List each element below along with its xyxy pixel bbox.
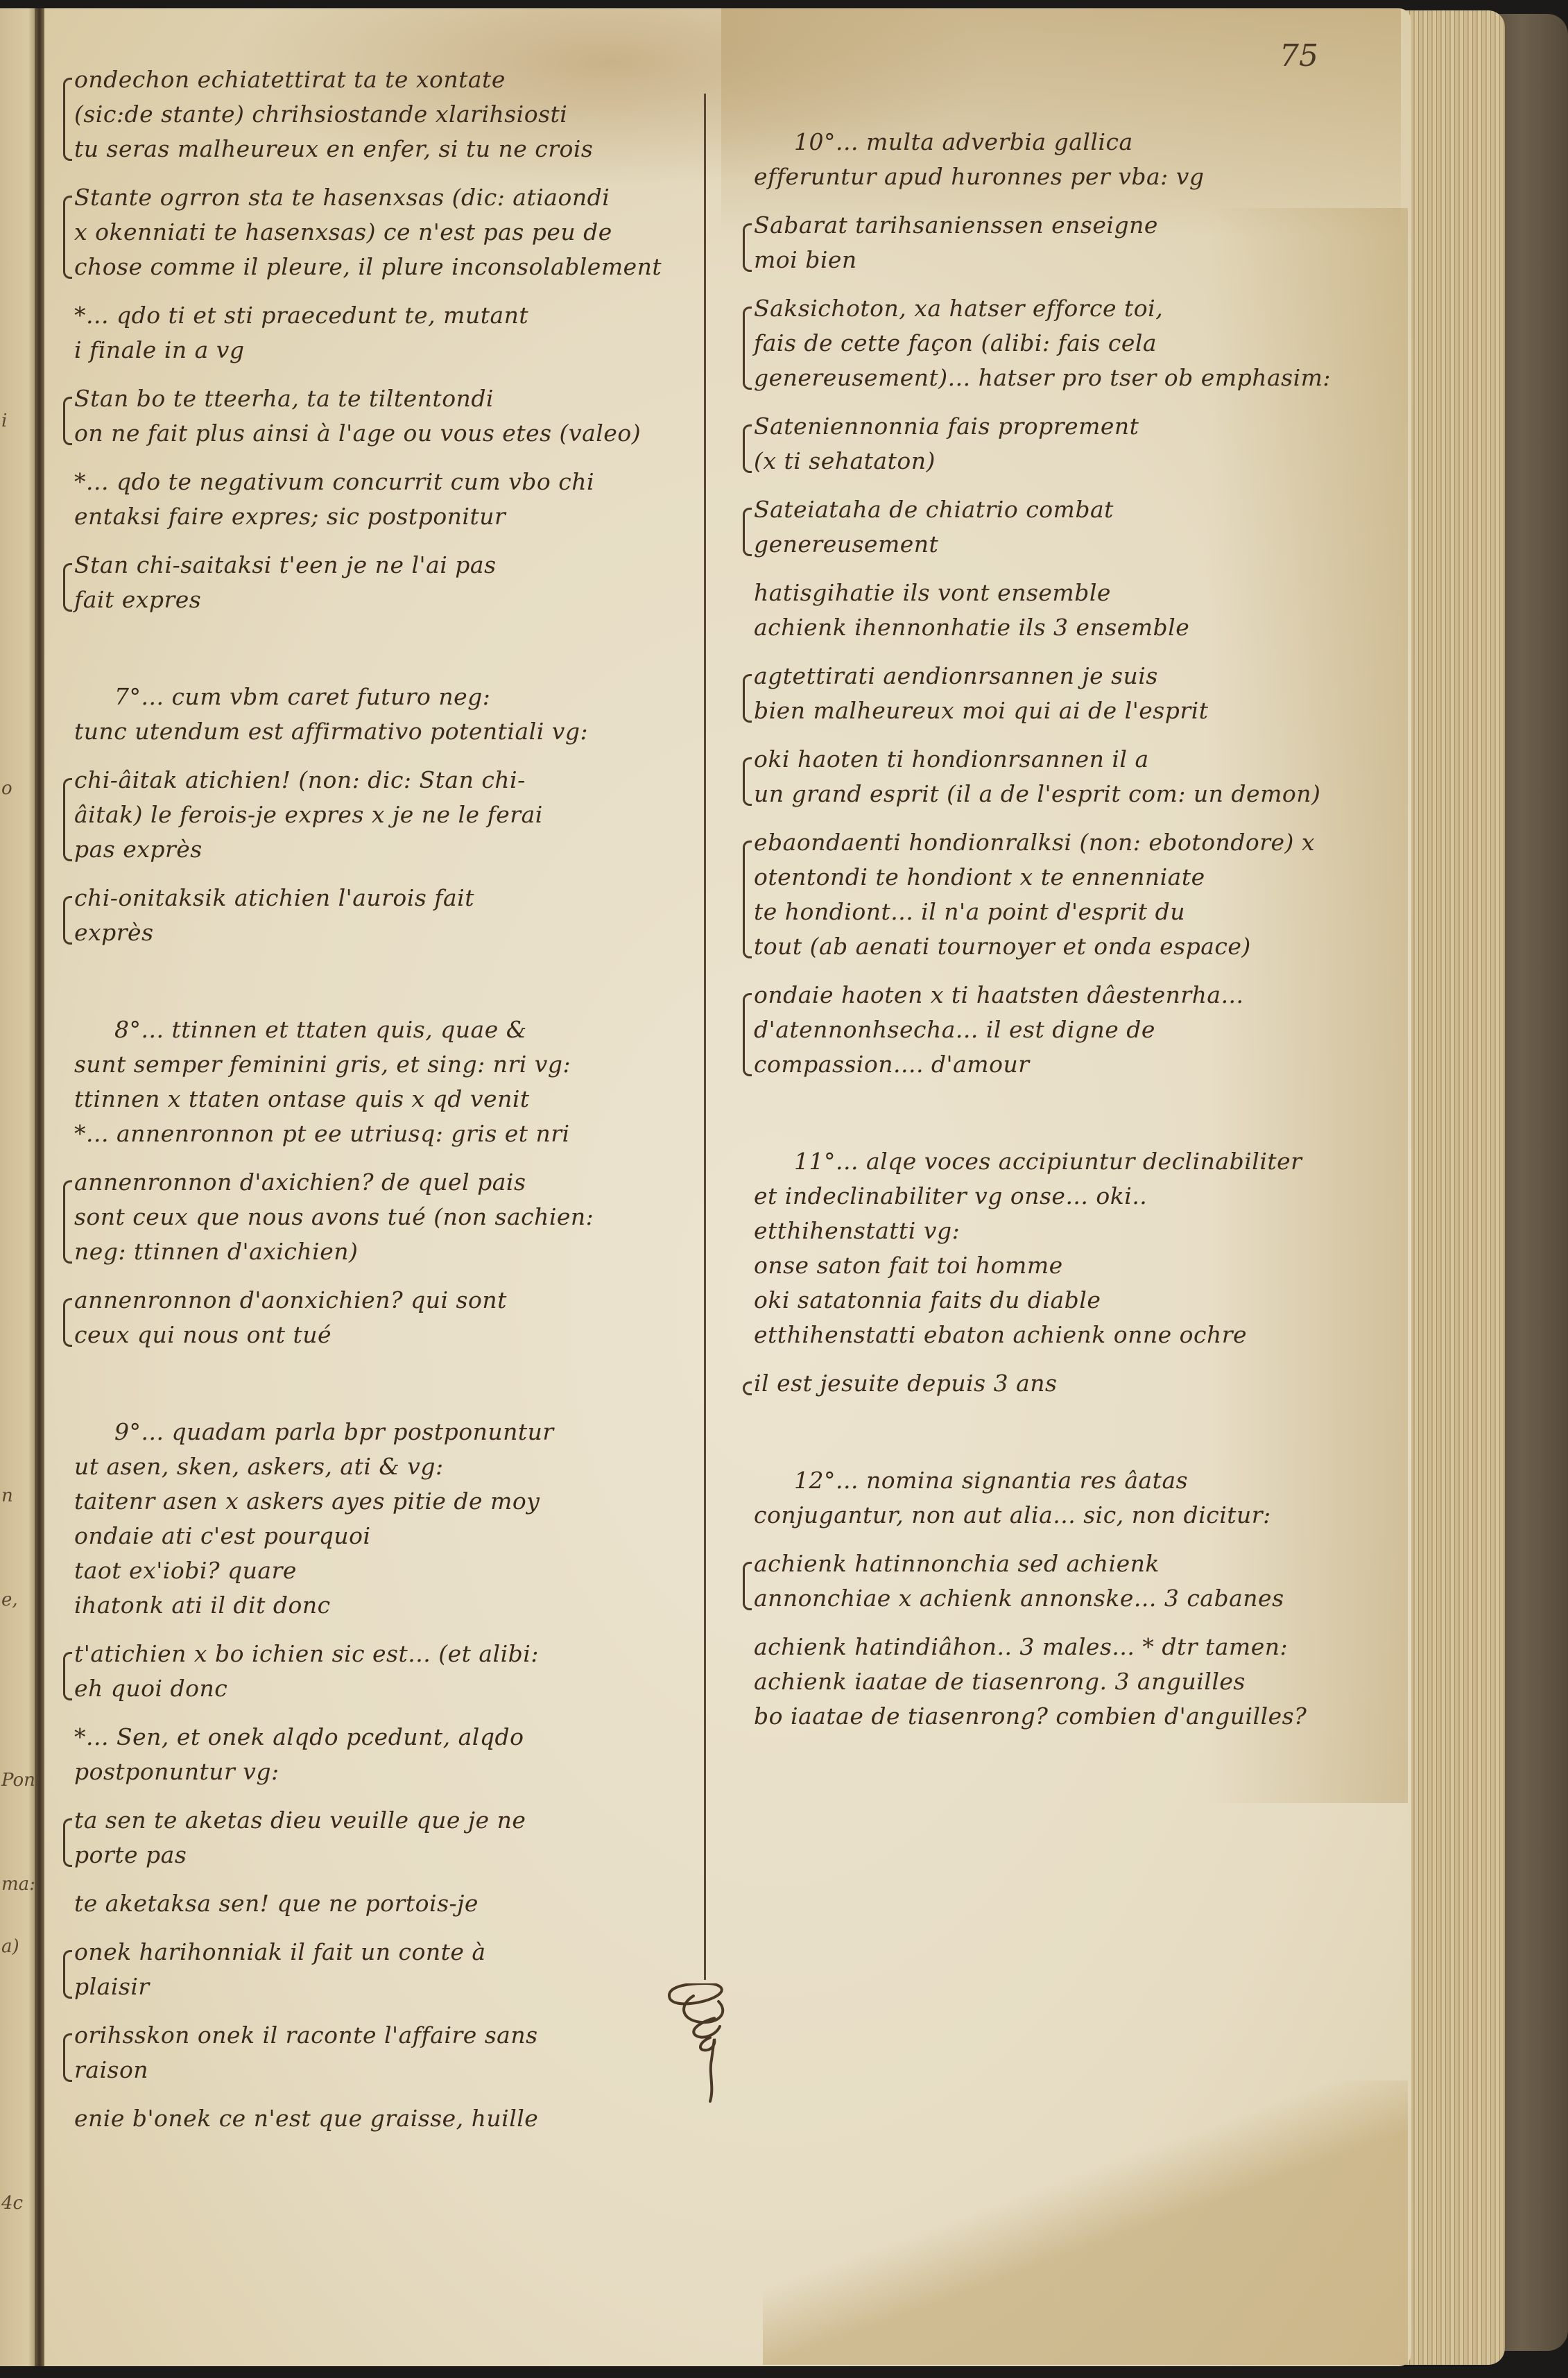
previous-page-text-fragment: 4c [1,2193,23,2214]
handwritten-line: ttinnen x ttaten ontase quis x qd venit [74,1082,697,1117]
entry-gap [66,2004,697,2018]
page-number: 75 [1280,38,1318,74]
entry-gap [746,645,1404,659]
handwritten-line: *... qdo te negativum concurrit cum vbo … [74,465,697,499]
manuscript-entry: chi-onitaksik atichien l'aurois faitexpr… [66,881,697,950]
handwritten-line: chose comme il pleure, il plure inconsol… [74,250,697,284]
manuscript-entry: Stante ogrron sta te hasenxsas (dic: ati… [66,180,697,284]
handwritten-line: ihatonk ati il dit donc [74,1588,697,1623]
handwritten-line: efferuntur apud huronnes per vba: vg [754,160,1404,194]
manuscript-entry: ondaie haoten x ti haatsten dâestenrha..… [746,978,1404,1082]
handwritten-line: 10°... multa adverbia gallica [794,125,1404,160]
handwritten-line: tout (ab aenati tournoyer et onda espace… [754,929,1404,964]
handwritten-line: te aketaksa sen! que ne portois-je [74,1886,697,1921]
entry-gap [66,1352,697,1366]
handwritten-line: ondechon echiatettirat ta te xontate [74,62,697,97]
manuscript-entry: il est jesuite depuis 3 ans [746,1366,1404,1401]
handwritten-line: exprès [74,915,697,950]
manuscript-entry: tunc utendum est affirmativo potentiali … [66,714,697,749]
manuscript-entry: ut asen, sken, askers, ati & vg:taitenr … [66,1449,697,1623]
left-column-text: ondechon echiatettirat ta te xontate(sic… [66,62,697,2150]
entry-gap [746,811,1404,825]
entry-gap [66,1789,697,1803]
handwritten-line: compassion.... d'amour [754,1047,1404,1082]
handwritten-line: plaisir [74,1970,697,2004]
previous-page-text-fragment: i [1,411,7,431]
handwritten-line: genereusement)... hatser pro tser ob emp… [754,361,1404,395]
handwritten-line: achienk hatindiâhon.. 3 males... * dtr t… [754,1630,1404,1664]
handwritten-line: raison [74,2053,697,2087]
entry-gap [66,368,697,381]
handwritten-line: i finale in a vg [74,333,697,368]
entry-gap [746,1734,1404,1748]
entry-gap [746,964,1404,978]
column-divider [704,94,706,1980]
manuscript-entry: hatisgihatie ils vont ensembleachienk ih… [746,576,1404,645]
handwritten-line: oki satatonnia faits du diable [754,1283,1404,1318]
entry-gap [66,284,697,298]
previous-page-text-fragment: Pon [1,1770,35,1791]
handwritten-line: on ne fait plus ainsi à l'age ou vous et… [74,416,697,451]
manuscript-entry: enie b'onek ce n'est que graisse, huille [66,2101,697,2136]
entry-gap [66,1623,697,1637]
handwritten-line: 12°... nomina signantia res âatas [794,1463,1404,1498]
entry-gap [746,1082,1404,1096]
handwritten-line: ut asen, sken, askers, ati & vg: [74,1449,697,1484]
handwritten-line: chi-onitaksik atichien l'aurois fait [74,881,697,915]
handwritten-line: ebaondaenti hondionralksi (non: ebotondo… [754,825,1404,860]
handwritten-line: postponuntur vg: [74,1755,697,1789]
section-gap [746,1415,1404,1463]
handwritten-line: Stan chi-saitaksi t'een je ne l'ai pas [74,548,697,583]
manuscript-entry: *... qdo ti et sti praecedunt te, mutant… [66,298,697,368]
handwritten-line: un grand esprit (il a de l'esprit com: u… [754,777,1404,811]
previous-page-text-fragment: a) [1,1936,19,1957]
previous-page-text-fragment: e, [1,1589,18,1610]
manuscript-entry: Sateiataha de chiatrio combatgenereuseme… [746,492,1404,562]
handwritten-line: Stante ogrron sta te hasenxsas (dic: ati… [74,180,697,215]
handwritten-line: conjugantur, non aut alia... sic, non di… [754,1498,1404,1533]
manuscript-entry: ta sen te aketas dieu veuille que je nep… [66,1803,697,1872]
entry-gap [746,1616,1404,1630]
handwritten-line: 8°... ttinnen et ttaten quis, quae & [114,1013,697,1047]
handwritten-line: ceux qui nous ont tué [74,1318,697,1352]
handwritten-line: Sabarat tarihsanienssen enseigne [754,208,1404,243]
handwritten-line: ondaie haoten x ti haatsten dâestenrha..… [754,978,1404,1013]
entry-gap [66,451,697,465]
manuscript-entry: ebaondaenti hondionralksi (non: ebotondo… [746,825,1404,964]
manuscript-entry: *... qdo te negativum concurrit cum vbo … [66,465,697,534]
entry-gap [746,277,1404,291]
section-heading: 11°... alqe voces accipiuntur declinabil… [746,1144,1404,1179]
section-gap [66,1366,697,1415]
handwritten-line: 9°... quadam parla bpr postponuntur [114,1415,697,1449]
section-gap [66,964,697,1013]
manuscript-entry: annenronnon d'axichien? de quel paissont… [66,1165,697,1269]
handwritten-line: Sateiataha de chiatrio combat [754,492,1404,527]
section-gap [66,631,697,680]
entry-gap [66,1706,697,1720]
manuscript-entry: oki haoten ti hondionrsannen il aun gran… [746,742,1404,811]
binding-gutter [35,8,44,2366]
entry-gap [66,1872,697,1886]
handwritten-line: taitenr asen x askers ayes pitie de moy [74,1484,697,1519]
manuscript-entry: Stan chi-saitaksi t'een je ne l'ai pasfa… [66,548,697,617]
handwritten-line: ta sen te aketas dieu veuille que je ne [74,1803,697,1838]
manuscript-entry: onek harihonniak il fait un conte àplais… [66,1935,697,2004]
handwritten-line: t'atichien x bo ichien sic est... (et al… [74,1637,697,1671]
entry-gap [66,867,697,881]
handwritten-line: Stan bo te tteerha, ta te tiltentondi [74,381,697,416]
handwritten-line: chi-âitak atichien! (non: dic: Stan chi- [74,763,697,798]
page-edges [1401,10,1505,2365]
handwritten-line: sunt semper feminini gris, et sing: nri … [74,1047,697,1082]
entry-gap [66,534,697,548]
handwritten-line: etthihenstatti vg: [754,1214,1404,1248]
handwritten-line: achienk iaatae de tiasenrong. 3 anguille… [754,1664,1404,1699]
manuscript-entry: sunt semper feminini gris, et sing: nri … [66,1047,697,1151]
section-heading: 8°... ttinnen et ttaten quis, quae & [66,1013,697,1047]
handwritten-line: entaksi faire expres; sic postponitur [74,499,697,534]
section-gap [746,76,1404,125]
handwritten-line: il est jesuite depuis 3 ans [754,1366,1404,1401]
previous-page-text-fragment: n [1,1485,13,1506]
section-heading: 7°... cum vbm caret futuro neg: [66,680,697,714]
section-gap [746,1096,1404,1144]
entry-gap [66,617,697,631]
manuscript-entry: Sabarat tarihsanienssen enseignemoi bien [746,208,1404,277]
entry-gap [66,950,697,964]
manuscript-entry: agtettirati aendionrsannen je suisbien m… [746,659,1404,728]
section-heading: 10°... multa adverbia gallica [746,125,1404,160]
previous-page-text-fragment: ma: [1,1874,35,1895]
handwritten-line: annenronnon d'aonxichien? qui sont [74,1283,697,1318]
handwritten-line: âitak) le ferois-je expres x je ne le fe… [74,798,697,832]
handwritten-line: hatisgihatie ils vont ensemble [754,576,1404,610]
handwritten-line: orihsskon onek il raconte l'affaire sans [74,2018,697,2053]
manuscript-entry: annenronnon d'aonxichien? qui sontceux q… [66,1283,697,1352]
handwritten-line: taot ex'iobi? quare [74,1553,697,1588]
entry-gap [66,1269,697,1283]
handwritten-line: ondaie ati c'est pourquoi [74,1519,697,1553]
handwritten-line: pas exprès [74,832,697,867]
handwritten-line: porte pas [74,1838,697,1872]
handwritten-line: (sic:de stante) chrihsiostande xlarihsio… [74,97,697,132]
manuscript-entry: et indeclinabiliter vg onse... oki..etth… [746,1179,1404,1352]
handwritten-line: bo iaatae de tiasenrong? combien d'angui… [754,1699,1404,1734]
entry-gap [746,728,1404,742]
entry-gap [746,1352,1404,1366]
handwritten-line: sont ceux que nous avons tué (non sachie… [74,1200,697,1234]
entry-gap [66,749,697,763]
handwritten-line: x okenniati te hasenxsas) ce n'est pas p… [74,215,697,250]
entry-gap [66,1151,697,1165]
handwritten-line: enie b'onek ce n'est que graisse, huille [74,2101,697,2136]
handwritten-line: (x ti sehataton) [754,444,1404,479]
handwritten-line: tu seras malheureux en enfer, si tu ne c… [74,132,697,166]
manuscript-entry: *... Sen, et onek alqdo pcedunt, alqdopo… [66,1720,697,1789]
handwritten-line: achienk hatinnonchia sed achienk [754,1546,1404,1581]
handwritten-line: moi bien [754,243,1404,277]
entry-gap [746,1401,1404,1415]
entry-gap [746,479,1404,492]
previous-page-text-fragment: o [1,778,12,799]
handwritten-line: 7°... cum vbm caret futuro neg: [114,680,697,714]
manuscript-entry: t'atichien x bo ichien sic est... (et al… [66,1637,697,1706]
handwritten-line: annonchiae x achienk annonske... 3 caban… [754,1581,1404,1616]
section-heading: 12°... nomina signantia res âatas [746,1463,1404,1498]
water-stain [763,2080,1408,2365]
handwritten-line: fait expres [74,583,697,617]
handwritten-line: *... annenronnon pt ee utriusq: gris et … [74,1117,697,1151]
manuscript-entry: Saksichoton, xa hatser efforce toi,fais … [746,291,1404,395]
handwritten-line: te hondiont... il n'a point d'esprit du [754,895,1404,929]
entry-gap [66,2136,697,2150]
handwritten-line: eh quoi donc [74,1671,697,1706]
handwritten-line: *... Sen, et onek alqdo pcedunt, alqdo [74,1720,697,1755]
entry-gap [746,562,1404,576]
manuscript-entry: efferuntur apud huronnes per vba: vg [746,160,1404,194]
handwritten-line: neg: ttinnen d'axichien) [74,1234,697,1269]
manuscript-entry: chi-âitak atichien! (non: dic: Stan chi-… [66,763,697,867]
handwritten-line: fais de cette façon (alibi: fais cela [754,326,1404,361]
section-heading: 9°... quadam parla bpr postponuntur [66,1415,697,1449]
manuscript-entry: te aketaksa sen! que ne portois-je [66,1886,697,1921]
manuscript-entry: orihsskon onek il raconte l'affaire sans… [66,2018,697,2087]
manuscript-entry: ondechon echiatettirat ta te xontate(sic… [66,62,697,166]
manuscript-entry: Stan bo te tteerha, ta te tiltentondion … [66,381,697,451]
handwritten-line: agtettirati aendionrsannen je suis [754,659,1404,693]
handwritten-line: genereusement [754,527,1404,562]
manuscript-scan: ione,Ponma:a)4c 75 ondechon echiatettira… [0,0,1568,2378]
handwritten-line: d'atennonhsecha... il est digne de [754,1013,1404,1047]
handwritten-line: *... qdo ti et sti praecedunt te, mutant [74,298,697,333]
handwritten-line: Sateniennonnia fais proprement [754,409,1404,444]
entry-gap [746,1533,1404,1546]
entry-gap [66,1921,697,1935]
handwritten-line: tunc utendum est affirmativo potentiali … [74,714,697,749]
entry-gap [66,2087,697,2101]
handwritten-line: otentondi te hondiont x te ennenniate [754,860,1404,895]
handwritten-line: oki haoten ti hondionrsannen il a [754,742,1404,777]
right-column-text: 10°... multa adverbia gallicaefferuntur … [746,76,1404,1748]
handwritten-line: bien malheureux moi qui ai de l'esprit [754,693,1404,728]
entry-gap [746,395,1404,409]
handwritten-line: onek harihonniak il fait un conte à [74,1935,697,1970]
manuscript-entry: Sateniennonnia fais proprement(x ti seha… [746,409,1404,479]
manuscript-entry: conjugantur, non aut alia... sic, non di… [746,1498,1404,1533]
entry-gap [66,166,697,180]
handwritten-line: etthihenstatti ebaton achienk onne ochre [754,1318,1404,1352]
handwritten-line: 11°... alqe voces accipiuntur declinabil… [794,1144,1404,1179]
manuscript-entry: achienk hatindiâhon.. 3 males... * dtr t… [746,1630,1404,1734]
manuscript-entry: achienk hatinnonchia sed achienkannonchi… [746,1546,1404,1616]
handwritten-line: onse saton fait toi homme [754,1248,1404,1283]
handwritten-line: achienk ihennonhatie ils 3 ensemble [754,610,1404,645]
entry-gap [746,194,1404,208]
handwritten-line: Saksichoton, xa hatser efforce toi, [754,291,1404,326]
handwritten-line: et indeclinabiliter vg onse... oki.. [754,1179,1404,1214]
handwritten-line: annenronnon d'axichien? de quel pais [74,1165,697,1200]
